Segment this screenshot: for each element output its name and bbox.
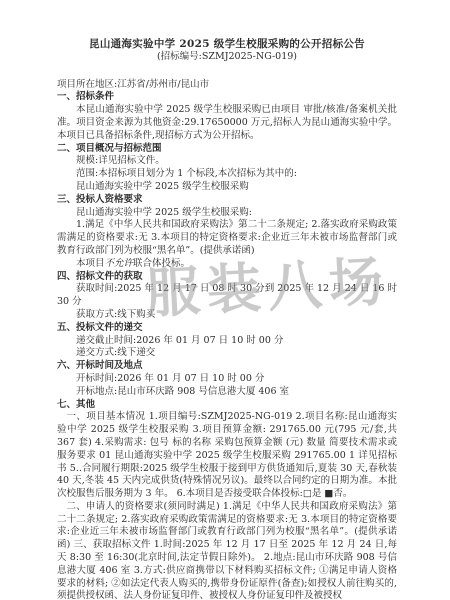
no-jv-prefix: 本项目 <box>76 258 105 269</box>
section-2-scale: 规模:详见招标文件。 <box>57 155 397 168</box>
section-7-basic-info: 一、项目基本情况 1.项目编号:SZMJ2025-NG-019 2.项目名称:昆… <box>57 411 397 501</box>
section-6-time: 开标时间:2026 年 01 月 07 日 10 时 00 分 <box>57 373 397 386</box>
section-3-qualifications: 1.满足《中华人民共和国政府采购法》第二十二条规定; 2.落实政府采购政策需满足… <box>57 219 397 257</box>
section-3-project-line: 昆山通海实验中学 2025 级学生校服采购: <box>57 207 397 220</box>
section-2-project-name: 昆山通海实验中学 2025 级学生校服采购 <box>57 181 397 194</box>
section-4-time: 获取时间:2025 年 12 月 17 日 08 时 30 分到 2025 年 … <box>57 283 397 309</box>
section-7-applicant-requirements: 二、申请人的资格要求(须同时满足) 1.满足《中华人民共和国政府采购法》第二十二… <box>57 501 397 600</box>
section-5-heading: 五、投标文件的递交 <box>57 322 397 335</box>
section-7-heading: 七、其他 <box>57 399 397 412</box>
section-4-method: 获取方式:线下购买 <box>57 309 397 322</box>
announcement-body: 昆山通海实验中学 2025 级学生校服采购的公开招标公告 (招标编号:SZMJ2… <box>57 38 397 600</box>
section-3-heading: 三、投标人资格要求 <box>57 194 397 207</box>
section-4-heading: 四、招标文件的获取 <box>57 271 397 284</box>
tender-number: (招标编号:SZMJ2025-NG-019) <box>57 51 397 64</box>
no-joint-venture-line: 本项目不允许联合体投标。 <box>57 258 397 271</box>
section-5-method: 递交方式:线下递交 <box>57 347 397 360</box>
section-1-paragraph: 本昆山通海实验中学 2025 级学生校服采购已由项目 审批/核准/备案机关批准。… <box>57 104 397 142</box>
section-2-scope: 范围:本招标项目划分为 1 个标段,本次招标为其中的: <box>57 168 397 181</box>
section-6-heading: 六、开标时间及地点 <box>57 360 397 373</box>
no-jv-emphasis: 不允许 <box>105 258 134 269</box>
section-2-heading: 二、项目概况与招标范围 <box>57 143 397 156</box>
document-page: 服装八场 昆山通海实验中学 2025 级学生校服采购的公开招标公告 (招标编号:… <box>0 0 450 600</box>
document-title: 昆山通海实验中学 2025 级学生校服采购的公开招标公告 <box>57 38 397 51</box>
no-jv-suffix: 联合体投标。 <box>133 258 190 269</box>
section-6-place: 开标地点:昆山市环庆路 908 号信息港大厦 406 室 <box>57 386 397 399</box>
section-5-deadline: 递交截止时间:2026 年 01 月 07 日 10 时 00 分 <box>57 335 397 348</box>
project-region: 项目所在地区:江苏省/苏州市/昆山市 <box>57 79 397 92</box>
section-1-heading: 一、招标条件 <box>57 91 397 104</box>
